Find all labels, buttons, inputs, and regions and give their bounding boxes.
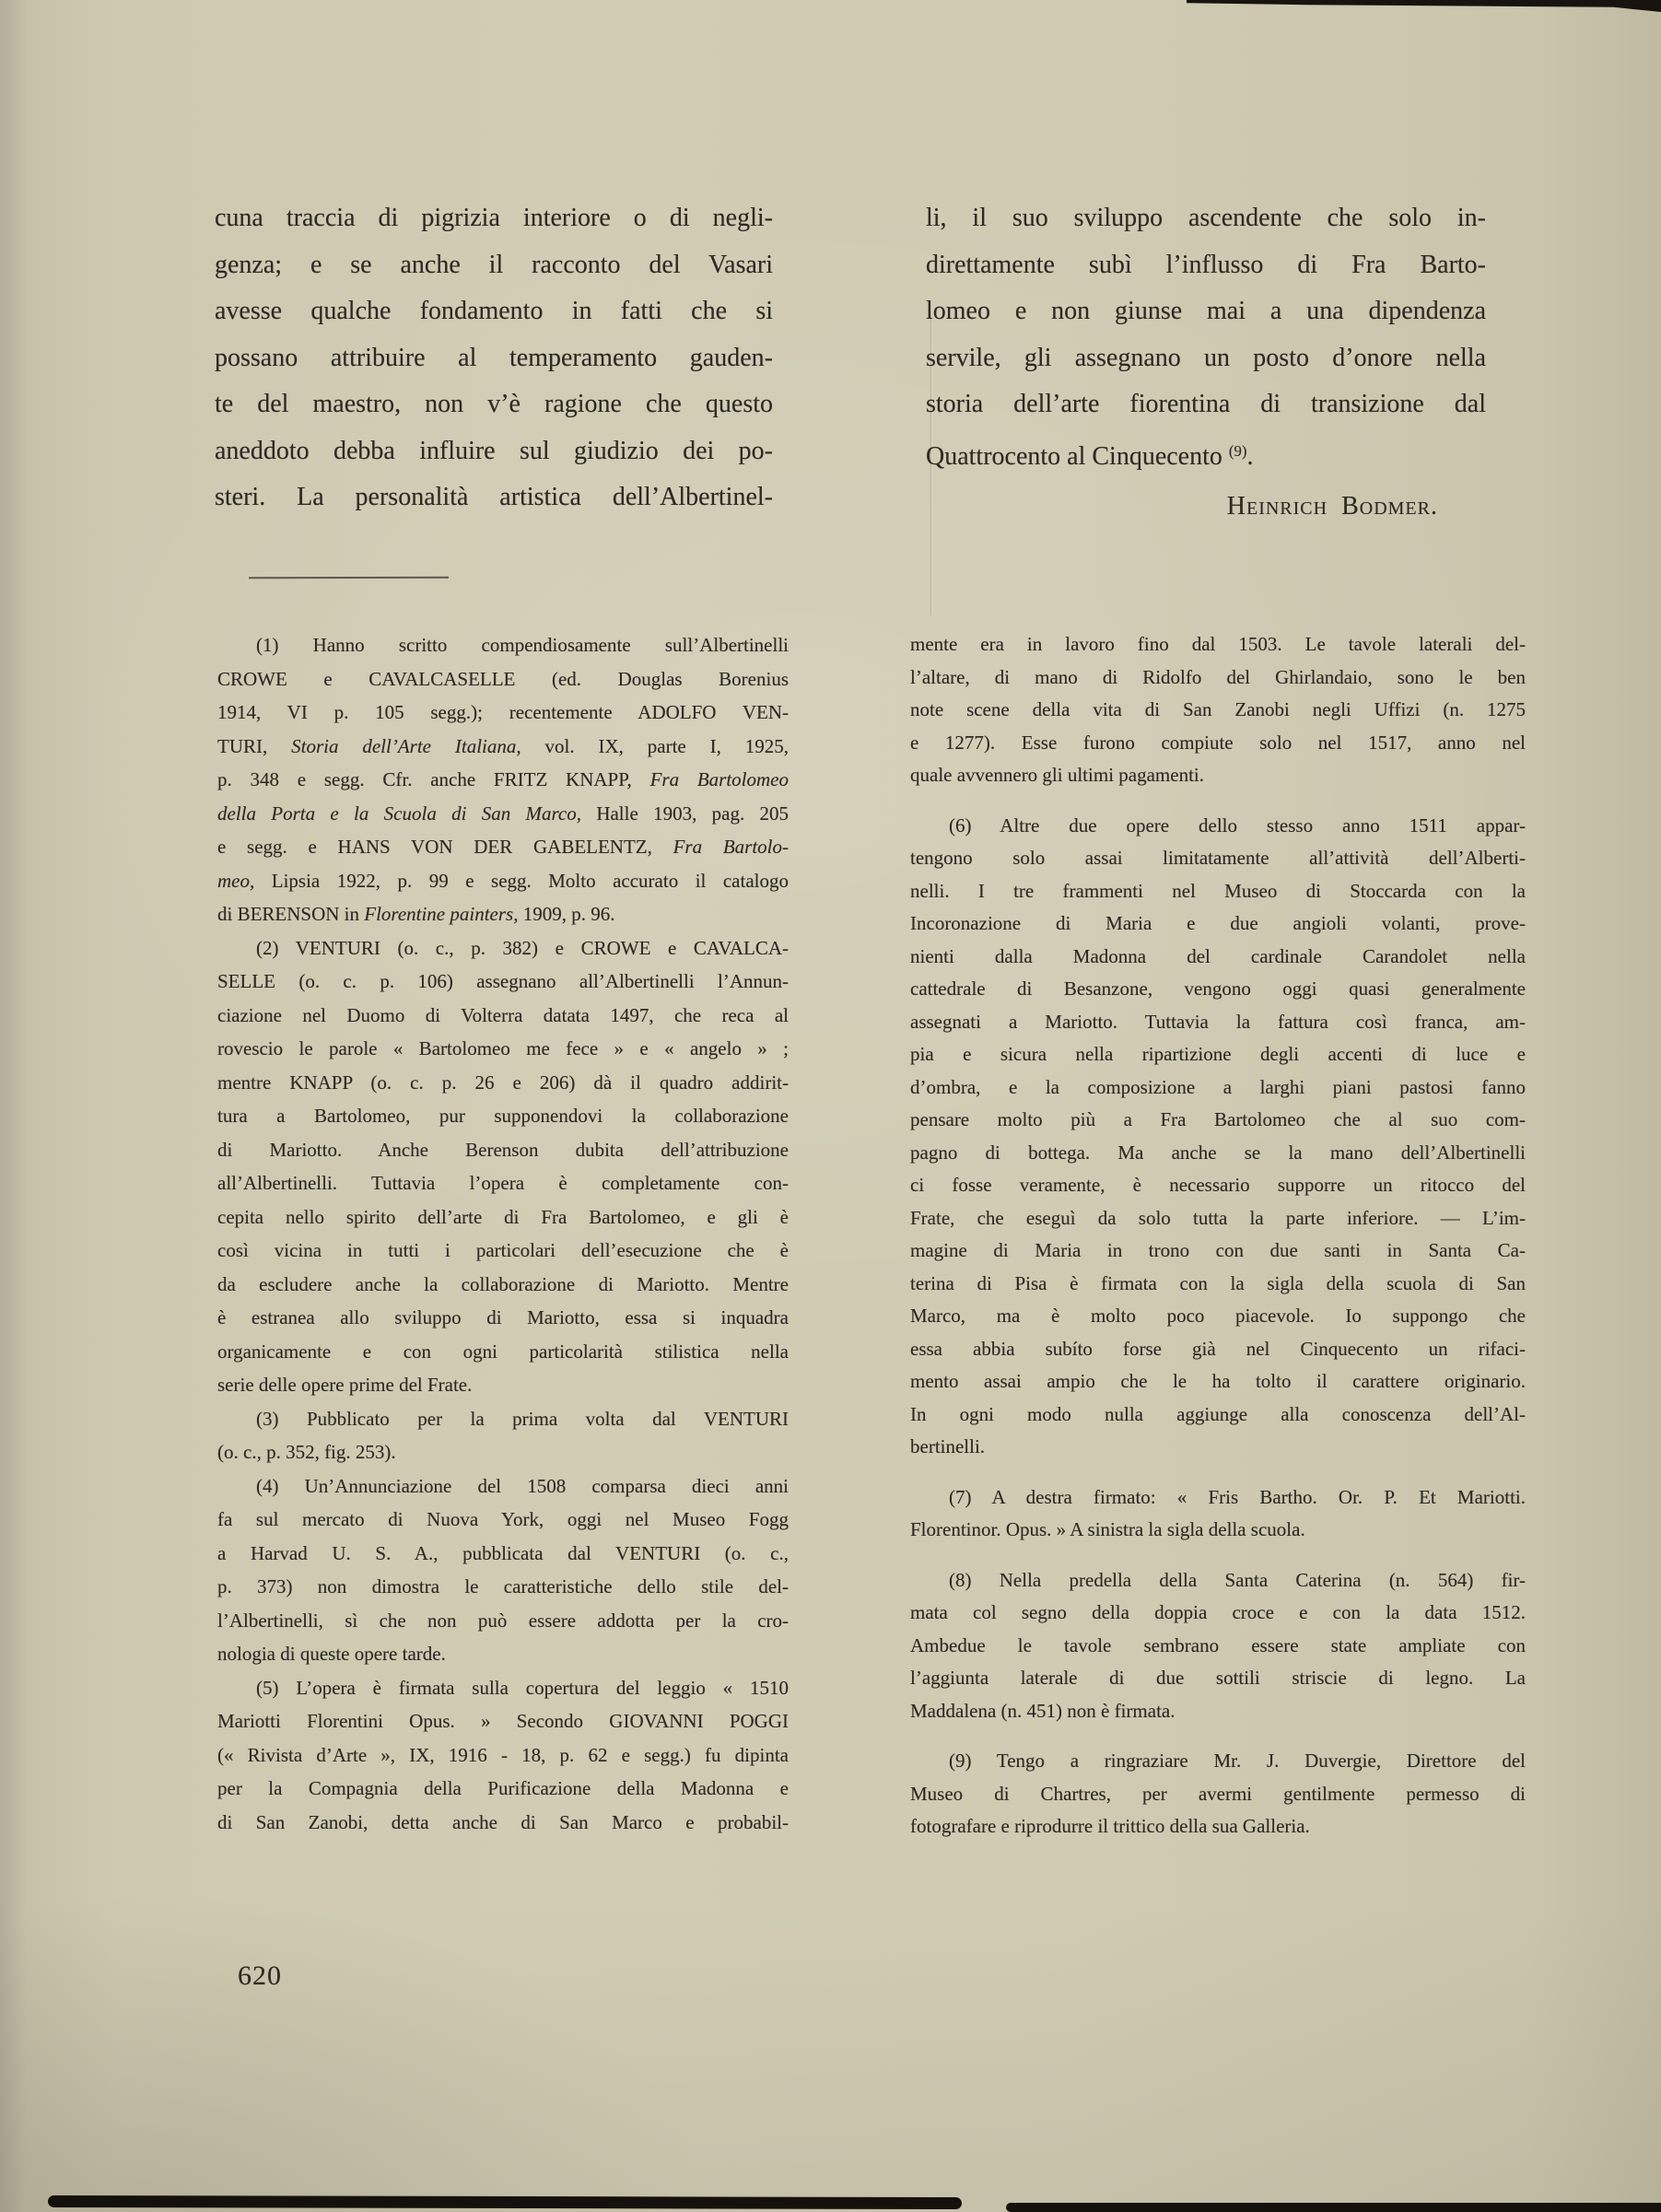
text-line: d’ombra, e la composizione a larghi pian…	[910, 1071, 1526, 1105]
text-line: cuna traccia di pigrizia interiore o di …	[215, 195, 773, 242]
text-segment: possano attribuire al temperamento gaude…	[215, 344, 773, 372]
text-segment: pagno di bottega. Ma anche se la mano de…	[910, 1141, 1526, 1164]
text-segment: Florentine painters,	[364, 903, 518, 925]
text-segment: In ogni modo nulla aggiunge alla conosce…	[910, 1403, 1526, 1425]
text-segment: assegnati a Mariotto. Tuttavia la fattur…	[910, 1011, 1526, 1033]
text-segment: a Harvad U. S. A., pubblicata dal VENTUR…	[217, 1542, 789, 1564]
paragraph: cuna traccia di pigrizia interiore o di …	[215, 195, 773, 521]
text-line: Mariotti Florentini Opus. » Secondo GIOV…	[217, 1704, 789, 1738]
text-segment: mentre KNAPP (o. c. p. 26 e 206) dà il q…	[217, 1071, 789, 1094]
paragraph: (3) Pubblicato per la prima volta dal VE…	[217, 1402, 789, 1469]
page-number: 620	[238, 1960, 282, 1992]
text-line: (4) Un’Annunciazione del 1508 comparsa d…	[217, 1469, 789, 1504]
text-line: aneddoto debba influire sul giudizio dei…	[215, 428, 773, 475]
text-segment: tura a Bartolomeo, pur supponendovi la c…	[217, 1105, 789, 1127]
text-line: nologia di queste opere tarde.	[217, 1637, 789, 1671]
text-segment: Frate, che eseguì da solo tutta la parte…	[910, 1207, 1526, 1229]
text-segment: Lipsia 1922, p. 99 e segg. Molto accurat…	[254, 870, 789, 892]
text-line: assegnati a Mariotto. Tuttavia la fattur…	[910, 1006, 1526, 1039]
text-segment: nelli. I tre frammenti nel Museo di Stoc…	[910, 880, 1526, 902]
paragraph: (4) Un’Annunciazione del 1508 comparsa d…	[217, 1469, 789, 1671]
article-right-lines: li, il suo sviluppo ascendente che solo …	[926, 195, 1486, 480]
text-segment: mente era in lavoro fino dal 1503. Le ta…	[910, 633, 1526, 655]
text-segment: essa abbia subíto forse già nel Cinquece…	[910, 1338, 1526, 1360]
text-line: a Harvad U. S. A., pubblicata dal VENTUR…	[217, 1537, 789, 1571]
text-segment: l’altare, di mano di Ridolfo del Ghirlan…	[910, 666, 1526, 688]
text-line: pagno di bottega. Ma anche se la mano de…	[910, 1137, 1526, 1170]
paragraph: (2) VENTURI (o. c., p. 382) e CROWE e CA…	[217, 931, 789, 1402]
text-line: della Porta e la Scuola di San Marco, Ha…	[217, 797, 789, 831]
text-line: Marco, ma è molto poco piacevole. Io sup…	[910, 1300, 1526, 1333]
text-segment: quale avvennero gli ultimi pagamenti.	[910, 764, 1204, 786]
book-page: cuna traccia di pigrizia interiore o di …	[0, 0, 1661, 2212]
text-segment: all’Albertinelli. Tuttavia l’opera è com…	[217, 1172, 789, 1194]
text-segment: Fra Bartolo-	[673, 836, 789, 858]
scan-artifact-bottom-right	[1006, 2203, 1661, 2212]
text-line: genza; e se anche il racconto del Vasari	[215, 242, 773, 289]
text-line: tengono solo assai limitatamente all’att…	[910, 842, 1526, 875]
text-segment: da escludere anche la collaborazione di …	[217, 1273, 789, 1295]
text-segment: organicamente e con ogni particolarità s…	[217, 1340, 789, 1363]
text-line: Maddalena (n. 451) non è firmata.	[910, 1695, 1526, 1728]
text-segment: storia dell’arte fiorentina di transizio…	[926, 390, 1486, 418]
text-segment: mento assai ampio che le ha tolto il car…	[910, 1370, 1526, 1392]
text-segment: della Porta e la Scuola di San Marco,	[217, 802, 581, 825]
text-segment: di BERENSON in	[217, 903, 364, 925]
text-line: e 1277). Esse furono compiute solo nel 1…	[910, 727, 1526, 760]
text-line: pia e sicura nella ripartizione degli ac…	[910, 1038, 1526, 1071]
text-line: 1914, VI p. 105 segg.); recentemente ADO…	[217, 696, 789, 730]
text-line: Frate, che eseguì da solo tutta la parte…	[910, 1202, 1526, 1235]
text-line: bertinelli.	[910, 1431, 1526, 1464]
text-line: Ambedue le tavole sembrano essere state …	[910, 1630, 1526, 1663]
text-segment: te del maestro, non v’è ragione che ques…	[215, 390, 773, 418]
text-line: rovescio le parole « Bartolomeo me fece …	[217, 1032, 789, 1066]
text-segment: bertinelli.	[910, 1435, 985, 1457]
text-segment: l’aggiunta laterale di due sottili stris…	[910, 1667, 1526, 1689]
text-line: p. 348 e segg. Cfr. anche FRITZ KNAPP, F…	[217, 763, 789, 797]
text-line: servile, gli assegnano un posto d’onore …	[926, 335, 1486, 382]
text-segment: di Mariotto. Anche Berenson dubita dell’…	[217, 1139, 789, 1161]
text-line: (5) L’opera è firmata sulla copertura de…	[217, 1671, 789, 1705]
text-line: SELLE (o. c. p. 106) assegnano all’Alber…	[217, 965, 789, 999]
text-segment: cepita nello spirito dell’arte di Fra Ba…	[217, 1206, 789, 1228]
text-segment: (1) Hanno scritto compendiosamente sull’…	[256, 634, 789, 656]
text-segment: Maddalena (n. 451) non è firmata.	[910, 1700, 1175, 1722]
text-segment: (« Rivista d’Arte », IX, 1916 - 18, p. 6…	[217, 1744, 789, 1766]
text-segment: terina di Pisa è firmata con la sigla de…	[910, 1272, 1526, 1294]
text-line: avesse qualche fondamento in fatti che s…	[215, 288, 773, 335]
text-segment: (8) Nella predella della Santa Caterina …	[949, 1569, 1526, 1591]
text-segment: (9) Tengo a ringraziare Mr. J. Duvergie,…	[949, 1750, 1526, 1772]
text-line: essa abbia subíto forse già nel Cinquece…	[910, 1333, 1526, 1366]
text-line: (7) A destra firmato: « Fris Bartho. Or.…	[910, 1481, 1526, 1515]
text-segment: vol. IX, parte I, 1925,	[521, 735, 789, 757]
text-segment: è estranea allo sviluppo di Mariotto, es…	[217, 1306, 789, 1328]
text-line: CROWE e CAVALCASELLE (ed. Douglas Boreni…	[217, 662, 789, 696]
text-segment: e 1277). Esse furono compiute solo nel 1…	[910, 731, 1526, 754]
text-segment: SELLE (o. c. p. 106) assegnano all’Alber…	[217, 970, 789, 992]
text-line: di San Zanobi, detta anche di San Marco …	[217, 1806, 789, 1840]
paragraph: (6) Altre due opere dello stesso anno 15…	[910, 810, 1526, 1464]
text-line: mentre KNAPP (o. c. p. 26 e 206) dà il q…	[217, 1066, 789, 1100]
text-segment: cattedrale di Besanzone, vengono oggi qu…	[910, 977, 1526, 1000]
text-segment: tengono solo assai limitatamente all’att…	[910, 847, 1526, 869]
text-line: di BERENSON in Florentine painters, 1909…	[217, 897, 789, 931]
text-segment: così vicina in tutti i particolari dell’…	[217, 1239, 789, 1261]
paragraph: (9) Tengo a ringraziare Mr. J. Duvergie,…	[910, 1745, 1526, 1843]
text-segment: l’Albertinelli, sì che non può essere ad…	[217, 1609, 789, 1632]
text-segment: TURI,	[217, 735, 291, 757]
text-line: pensare molto più a Fra Bartolomeo che a…	[910, 1104, 1526, 1137]
text-segment: genza; e se anche il racconto del Vasari	[215, 251, 773, 279]
footnotes-column-left: (1) Hanno scritto compendiosamente sull’…	[217, 628, 789, 1839]
footnote-separator-rule	[249, 577, 449, 579]
text-line: note scene della vita di San Zanobi negl…	[910, 694, 1526, 727]
text-line: cepita nello spirito dell’arte di Fra Ba…	[217, 1200, 789, 1235]
text-segment: rovescio le parole « Bartolomeo me fece …	[217, 1037, 789, 1059]
text-line: possano attribuire al temperamento gaude…	[215, 335, 773, 382]
text-segment: 1914, VI p. 105 segg.); recentemente ADO…	[217, 701, 789, 723]
footnote-reference: (9)	[1229, 442, 1247, 460]
text-segment: .	[1246, 442, 1253, 471]
text-line: l’Albertinelli, sì che non può essere ad…	[217, 1604, 789, 1638]
text-line: è estranea allo sviluppo di Mariotto, es…	[217, 1301, 789, 1335]
text-line: (8) Nella predella della Santa Caterina …	[910, 1564, 1526, 1598]
text-line: così vicina in tutti i particolari dell’…	[217, 1234, 789, 1268]
text-segment: (7) A destra firmato: « Fris Bartho. Or.…	[949, 1486, 1526, 1508]
text-line: ci fosse veramente, è necessario supporr…	[910, 1169, 1526, 1202]
text-segment: direttamente subì l’influsso di Fra Bart…	[926, 251, 1486, 279]
text-line: da escludere anche la collaborazione di …	[217, 1268, 789, 1302]
text-segment: (4) Un’Annunciazione del 1508 comparsa d…	[256, 1475, 789, 1497]
text-segment: (2) VENTURI (o. c., p. 382) e CROWE e CA…	[256, 937, 789, 959]
paragraph: (5) L’opera è firmata sulla copertura de…	[217, 1671, 789, 1840]
text-line: fotografare e riprodurre il trittico del…	[910, 1810, 1526, 1843]
text-segment: (5) L’opera è firmata sulla copertura de…	[256, 1677, 789, 1699]
text-line: Incoronazione di Maria e due angioli vol…	[910, 907, 1526, 941]
text-segment: Halle 1903, pag. 205	[581, 802, 789, 825]
text-line: mata col segno della doppia croce e con …	[910, 1597, 1526, 1630]
text-line: mente era in lavoro fino dal 1503. Le ta…	[910, 628, 1526, 661]
text-segment: p. 373) non dimostra le caratteristiche …	[217, 1575, 789, 1598]
paragraph: (7) A destra firmato: « Fris Bartho. Or.…	[910, 1481, 1526, 1547]
text-segment: li, il suo sviluppo ascendente che solo …	[926, 204, 1486, 232]
article-column-right: li, il suo sviluppo ascendente che solo …	[926, 195, 1486, 530]
text-line: serie delle opere prime del Frate.	[217, 1368, 789, 1402]
text-line: Quattrocento al Cinquecento (9).	[926, 428, 1486, 481]
text-line: Museo di Chartres, per avermi gentilment…	[910, 1778, 1526, 1811]
text-segment: Florentinor. Opus. » A sinistra la sigla…	[910, 1518, 1305, 1540]
text-segment: (6) Altre due opere dello stesso anno 15…	[949, 814, 1526, 837]
footnotes-column-right: mente era in lavoro fino dal 1503. Le ta…	[910, 628, 1526, 1843]
text-segment: 1909, p. 96.	[518, 903, 614, 925]
scan-artifact-bottom-left	[48, 2195, 962, 2209]
text-line: lomeo e non giunse mai a una dipendenza	[926, 288, 1486, 335]
text-segment: servile, gli assegnano un posto d’onore …	[926, 344, 1486, 372]
text-line: e segg. e HANS VON DER GABELENTZ, Fra Ba…	[217, 830, 789, 864]
text-segment: Museo di Chartres, per avermi gentilment…	[910, 1783, 1526, 1805]
text-line: te del maestro, non v’è ragione che ques…	[215, 381, 773, 428]
text-segment: pia e sicura nella ripartizione degli ac…	[910, 1043, 1526, 1065]
text-segment: mata col segno della doppia croce e con …	[910, 1601, 1526, 1623]
text-segment: note scene della vita di San Zanobi negl…	[910, 698, 1526, 720]
text-line: l’aggiunta laterale di due sottili stris…	[910, 1662, 1526, 1695]
article-column-left: cuna traccia di pigrizia interiore o di …	[215, 195, 773, 521]
text-segment: Quattrocento al Cinquecento	[926, 442, 1229, 471]
text-segment: cuna traccia di pigrizia interiore o di …	[215, 204, 773, 232]
text-segment: steri. La personalità artistica dell’Alb…	[215, 483, 773, 511]
text-segment: avesse qualche fondamento in fatti che s…	[215, 297, 773, 325]
text-segment: nienti dalla Madonna del cardinale Caran…	[910, 945, 1526, 967]
paragraph: (1) Hanno scritto compendiosamente sull’…	[217, 628, 789, 931]
text-segment: lomeo e non giunse mai a una dipendenza	[926, 297, 1486, 325]
text-segment: per la Compagnia della Purificazione del…	[217, 1777, 789, 1799]
text-segment: Ambedue le tavole sembrano essere state …	[910, 1634, 1526, 1656]
text-line: In ogni modo nulla aggiunge alla conosce…	[910, 1399, 1526, 1432]
text-line: fa sul mercato di Nuova York, oggi nel M…	[217, 1503, 789, 1537]
text-line: storia dell’arte fiorentina di transizio…	[926, 381, 1486, 428]
text-segment: nologia di queste opere tarde.	[217, 1643, 446, 1665]
text-line: mento assai ampio che le ha tolto il car…	[910, 1365, 1526, 1399]
text-segment: (o. c., p. 352, fig. 253).	[217, 1441, 396, 1463]
text-segment: Marco, ma è molto poco piacevole. Io sup…	[910, 1305, 1526, 1327]
text-segment: aneddoto debba influire sul giudizio dei…	[215, 437, 773, 465]
text-segment: pensare molto più a Fra Bartolomeo che a…	[910, 1108, 1526, 1130]
text-segment: Fra Bartolomeo	[650, 768, 789, 790]
text-line: magine di Maria in trono con due santi i…	[910, 1235, 1526, 1268]
text-segment: Incoronazione di Maria e due angioli vol…	[910, 912, 1526, 934]
text-segment: fa sul mercato di Nuova York, oggi nel M…	[217, 1508, 789, 1530]
text-line: ciazione nel Duomo di Volterra datata 14…	[217, 999, 789, 1033]
text-line: di Mariotto. Anche Berenson dubita dell’…	[217, 1133, 789, 1167]
text-line: cattedrale di Besanzone, vengono oggi qu…	[910, 973, 1526, 1006]
text-line: li, il suo sviluppo ascendente che solo …	[926, 195, 1486, 242]
text-segment: serie delle opere prime del Frate.	[217, 1374, 472, 1396]
text-line: per la Compagnia della Purificazione del…	[217, 1772, 789, 1806]
text-line: nelli. I tre frammenti nel Museo di Stoc…	[910, 875, 1526, 908]
text-line: Florentinor. Opus. » A sinistra la sigla…	[910, 1514, 1526, 1547]
text-segment: CROWE e CAVALCASELLE (ed. Douglas Boreni…	[217, 668, 789, 690]
text-line: quale avvennero gli ultimi pagamenti.	[910, 759, 1526, 792]
text-line: (« Rivista d’Arte », IX, 1916 - 18, p. 6…	[217, 1738, 789, 1773]
text-segment: Mariotti Florentini Opus. » Secondo GIOV…	[217, 1710, 789, 1732]
paragraph: (8) Nella predella della Santa Caterina …	[910, 1564, 1526, 1728]
text-line: (2) VENTURI (o. c., p. 382) e CROWE e CA…	[217, 931, 789, 966]
text-segment: e segg. e HANS VON DER GABELENTZ,	[217, 836, 673, 858]
text-line: organicamente e con ogni particolarità s…	[217, 1335, 789, 1369]
text-line: steri. La personalità artistica dell’Alb…	[215, 474, 773, 521]
text-line: (1) Hanno scritto compendiosamente sull’…	[217, 628, 789, 662]
text-segment: ci fosse veramente, è necessario supporr…	[910, 1174, 1526, 1196]
text-segment: fotografare e riprodurre il trittico del…	[910, 1815, 1310, 1837]
text-line: meo, Lipsia 1922, p. 99 e segg. Molto ac…	[217, 864, 789, 898]
text-line: (9) Tengo a ringraziare Mr. J. Duvergie,…	[910, 1745, 1526, 1778]
text-line: terina di Pisa è firmata con la sigla de…	[910, 1268, 1526, 1301]
text-line: all’Albertinelli. Tuttavia l’opera è com…	[217, 1166, 789, 1200]
author-signature: Heinrich Bodmer.	[926, 483, 1486, 530]
text-segment: Storia dell’Arte Italiana,	[291, 735, 521, 757]
text-line: direttamente subì l’influsso di Fra Bart…	[926, 242, 1486, 289]
text-segment: (3) Pubblicato per la prima volta dal VE…	[256, 1408, 789, 1430]
text-line: p. 373) non dimostra le caratteristiche …	[217, 1570, 789, 1604]
text-line: l’altare, di mano di Ridolfo del Ghirlan…	[910, 661, 1526, 695]
text-line: (3) Pubblicato per la prima volta dal VE…	[217, 1402, 789, 1436]
paragraph: li, il suo sviluppo ascendente che solo …	[926, 195, 1486, 480]
text-line: nienti dalla Madonna del cardinale Caran…	[910, 941, 1526, 974]
text-line: (6) Altre due opere dello stesso anno 15…	[910, 810, 1526, 843]
paragraph: mente era in lavoro fino dal 1503. Le ta…	[910, 628, 1526, 792]
text-segment: d’ombra, e la composizione a larghi pian…	[910, 1076, 1526, 1098]
text-line: (o. c., p. 352, fig. 253).	[217, 1435, 789, 1469]
text-segment: meo,	[217, 870, 254, 892]
text-line: tura a Bartolomeo, pur supponendovi la c…	[217, 1099, 789, 1133]
text-line: TURI, Storia dell’Arte Italiana, vol. IX…	[217, 730, 789, 764]
scan-artifact-top-edge	[1187, 0, 1661, 12]
text-segment: ciazione nel Duomo di Volterra datata 14…	[217, 1004, 789, 1026]
text-segment: di San Zanobi, detta anche di San Marco …	[217, 1811, 789, 1833]
text-segment: magine di Maria in trono con due santi i…	[910, 1239, 1526, 1261]
text-segment: p. 348 e segg. Cfr. anche FRITZ KNAPP,	[217, 768, 650, 790]
